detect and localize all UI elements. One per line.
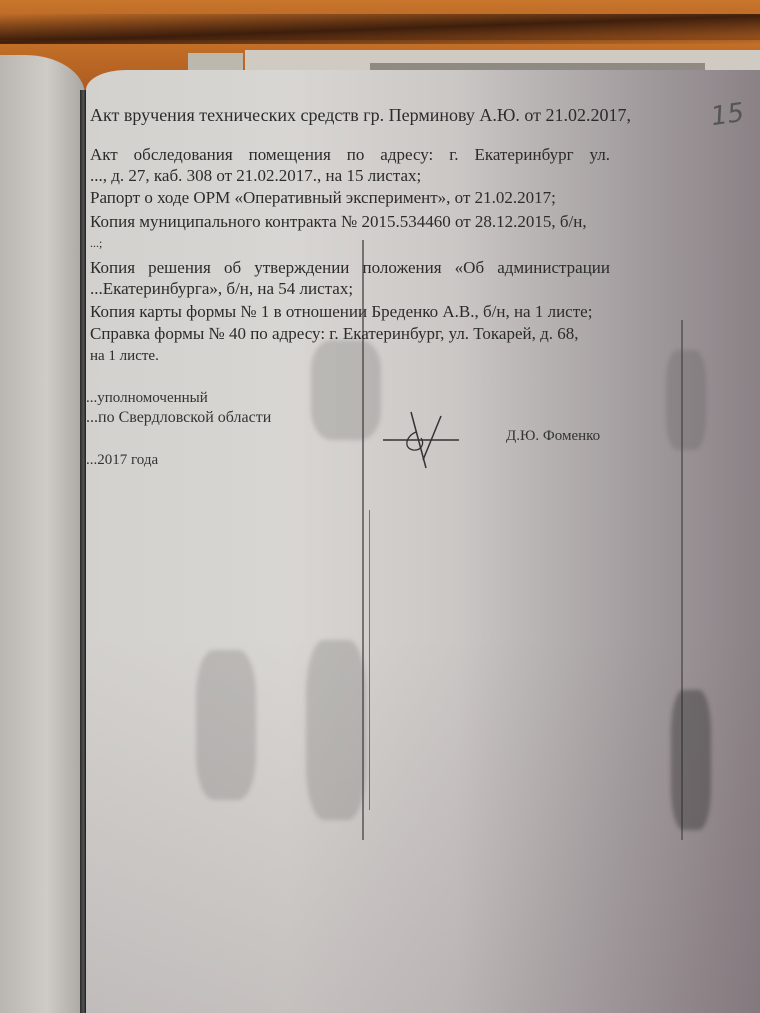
document-line: Копия муниципального контракта № 2015.53… <box>90 212 587 232</box>
document-line: ...Екатеринбурга», б/н, на 54 листах; <box>90 279 353 299</box>
copy-streak <box>362 240 364 840</box>
document-line: Справка формы № 40 по адресу: г. Екатери… <box>90 324 579 344</box>
document-date: ...2017 года <box>86 450 158 470</box>
binder-spine <box>80 90 86 1013</box>
signer-title-line-1: ...уполномоченный <box>86 388 208 408</box>
left-facing-page <box>0 55 85 1013</box>
document-line: Копия решения об утверждении положения «… <box>90 258 610 278</box>
copy-smudge <box>196 650 256 800</box>
document-line: ...; <box>90 233 102 253</box>
signer-name: Д.Ю. Фоменко <box>506 428 600 445</box>
document-page: 15 Акт вручения технических средств гр. … <box>86 70 760 1013</box>
copy-smudge <box>666 350 706 450</box>
copy-streak <box>681 320 683 840</box>
copy-streak <box>369 510 370 810</box>
desk-shadow <box>0 14 760 44</box>
document-line: Копия карты формы № 1 в отношении Бреден… <box>90 302 592 322</box>
document-line: Акт обследования помещения по адресу: г.… <box>90 145 610 165</box>
handwritten-signature <box>381 410 461 470</box>
copy-smudge <box>671 690 711 830</box>
document-line: Рапорт о ходе ОРМ «Оперативный экспериме… <box>90 188 556 208</box>
document-line: Акт вручения технических средств гр. Пер… <box>90 105 631 125</box>
document-line: ..., д. 27, каб. 308 от 21.02.2017., на … <box>90 166 421 186</box>
document-line: на 1 листе. <box>90 346 159 366</box>
copy-smudge <box>311 340 381 440</box>
signer-title-line-2: ...по Свердловской области <box>86 408 271 428</box>
copy-smudge <box>306 640 366 820</box>
handwritten-page-number: 15 <box>709 98 746 132</box>
